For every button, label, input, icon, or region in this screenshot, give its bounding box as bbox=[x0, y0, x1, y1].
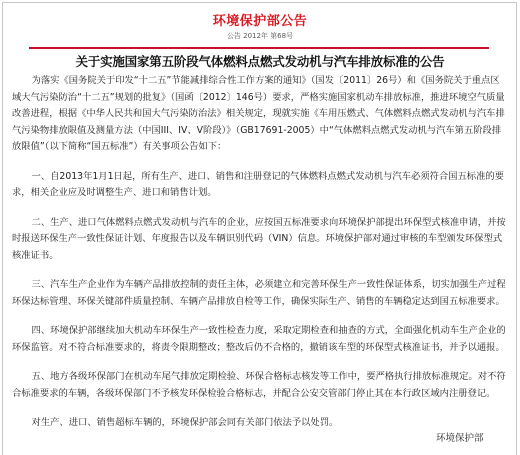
item-paragraph-1: 一、自2013年1月1日起，所有生产、进口、销售和注册登记的气体燃料点燃式发动机… bbox=[12, 169, 508, 202]
item-paragraph-4: 四、环境保护部继续加大机动车环保生产一致性检查力度，采取定期检查和抽查的方式，全… bbox=[12, 323, 508, 356]
agency-title: 环境保护部公告 bbox=[0, 10, 520, 29]
document-body: 为落实《国务院关于印发“十二五”节能减排综合性工作方案的通知》（国发〔2011〕… bbox=[12, 73, 508, 432]
preamble-paragraph: 为落实《国务院关于印发“十二五”节能减排综合性工作方案的通知》（国发〔2011〕… bbox=[12, 73, 508, 156]
item-paragraph-3: 三、汽车生产企业作为车辆产品排放控制的责任主体，必须建立和完善环保生产一致性保证… bbox=[12, 277, 508, 310]
issue-number: 公告 2012年 第68号 bbox=[0, 31, 520, 41]
signature: 环境保护部 bbox=[436, 430, 484, 444]
red-divider bbox=[29, 47, 489, 49]
item-paragraph-2: 二、生产、进口气体燃料点燃式发动机与汽车的企业，应按国五标准要求向环境保护部提出… bbox=[12, 215, 508, 265]
closing-paragraph: 对生产、进口、销售超标车辆的，环境保护部会同有关部门依法予以处罚。 bbox=[12, 415, 508, 432]
document-title: 关于实施国家第五阶段气体燃料点燃式发动机与汽车排放标准的公告 bbox=[0, 52, 520, 70]
item-paragraph-5: 五、地方各级环保部门在机动车尾气排放定期检验、环保合格标志核发等工作中，要严格执… bbox=[12, 369, 508, 402]
